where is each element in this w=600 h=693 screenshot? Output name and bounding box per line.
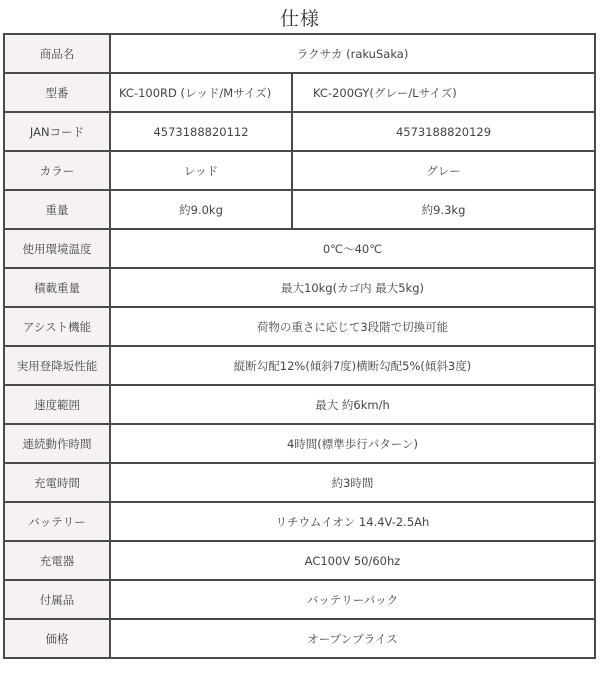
row-value: AC100V 50/60hz xyxy=(110,541,595,580)
table-row: 商品名 ラクサカ (rakuSaka) xyxy=(4,34,595,73)
table-row: 積載重量 最大10kg(カゴ内 最大5kg) xyxy=(4,268,595,307)
row-label: 使用環境温度 xyxy=(4,229,110,268)
row-label: 積載重量 xyxy=(4,268,110,307)
row-label: 商品名 xyxy=(4,34,110,73)
row-value: リチウムイオン 14.4V-2.5Ah xyxy=(110,502,595,541)
table-row: 使用環境温度 0℃～40℃ xyxy=(4,229,595,268)
row-value: 最大10kg(カゴ内 最大5kg) xyxy=(110,268,595,307)
row-value: 荷物の重さに応じて3段階で切換可能 xyxy=(110,307,595,346)
row-label: 充電時間 xyxy=(4,463,110,502)
row-label: 充電器 xyxy=(4,541,110,580)
row-value: 4時間(標準歩行パターン) xyxy=(110,424,595,463)
row-value: バッテリーパック xyxy=(110,580,595,619)
row-label: 付属品 xyxy=(4,580,110,619)
row-value-red: KC-100RD (レッド/Mサイズ) xyxy=(110,73,292,112)
row-label: 実用登降坂性能 xyxy=(4,346,110,385)
page-title: 仕様 xyxy=(0,4,600,31)
row-label: 連続動作時間 xyxy=(4,424,110,463)
table-row: JANコード 4573188820112 4573188820129 xyxy=(4,112,595,151)
table-row: 重量 約9.0kg 約9.3kg xyxy=(4,190,595,229)
row-label: アシスト機能 xyxy=(4,307,110,346)
row-value-gray: 4573188820129 xyxy=(292,112,595,151)
row-value-red: 4573188820112 xyxy=(110,112,292,151)
table-row: 型番 KC-100RD (レッド/Mサイズ) KC-200GY(グレー/Lサイズ… xyxy=(4,73,595,112)
row-label: 重量 xyxy=(4,190,110,229)
table-row: 充電器 AC100V 50/60hz xyxy=(4,541,595,580)
spec-table: 商品名 ラクサカ (rakuSaka) 型番 KC-100RD (レッド/Mサイ… xyxy=(3,33,596,659)
row-value: 最大 約6km/h xyxy=(110,385,595,424)
table-row: 付属品 バッテリーパック xyxy=(4,580,595,619)
row-label: カラー xyxy=(4,151,110,190)
row-value: オープンプライス xyxy=(110,619,595,658)
row-value-gray: 約9.3kg xyxy=(292,190,595,229)
table-row: 実用登降坂性能 縦断勾配12%(傾斜7度)横断勾配5%(傾斜3度) xyxy=(4,346,595,385)
row-value-gray: グレー xyxy=(292,151,595,190)
row-label: JANコード xyxy=(4,112,110,151)
row-label: バッテリー xyxy=(4,502,110,541)
row-label: 価格 xyxy=(4,619,110,658)
row-value-red: レッド xyxy=(110,151,292,190)
table-row: 価格 オープンプライス xyxy=(4,619,595,658)
row-label: 速度範囲 xyxy=(4,385,110,424)
table-row: 連続動作時間 4時間(標準歩行パターン) xyxy=(4,424,595,463)
table-row: バッテリー リチウムイオン 14.4V-2.5Ah xyxy=(4,502,595,541)
row-value: 縦断勾配12%(傾斜7度)横断勾配5%(傾斜3度) xyxy=(110,346,595,385)
row-value-red: 約9.0kg xyxy=(110,190,292,229)
table-row: 速度範囲 最大 約6km/h xyxy=(4,385,595,424)
table-row: 充電時間 約3時間 xyxy=(4,463,595,502)
row-value: 約3時間 xyxy=(110,463,595,502)
row-value: ラクサカ (rakuSaka) xyxy=(110,34,595,73)
table-row: アシスト機能 荷物の重さに応じて3段階で切換可能 xyxy=(4,307,595,346)
row-value: 0℃～40℃ xyxy=(110,229,595,268)
row-value-gray: KC-200GY(グレー/Lサイズ) xyxy=(292,73,595,112)
row-label: 型番 xyxy=(4,73,110,112)
table-row: カラー レッド グレー xyxy=(4,151,595,190)
